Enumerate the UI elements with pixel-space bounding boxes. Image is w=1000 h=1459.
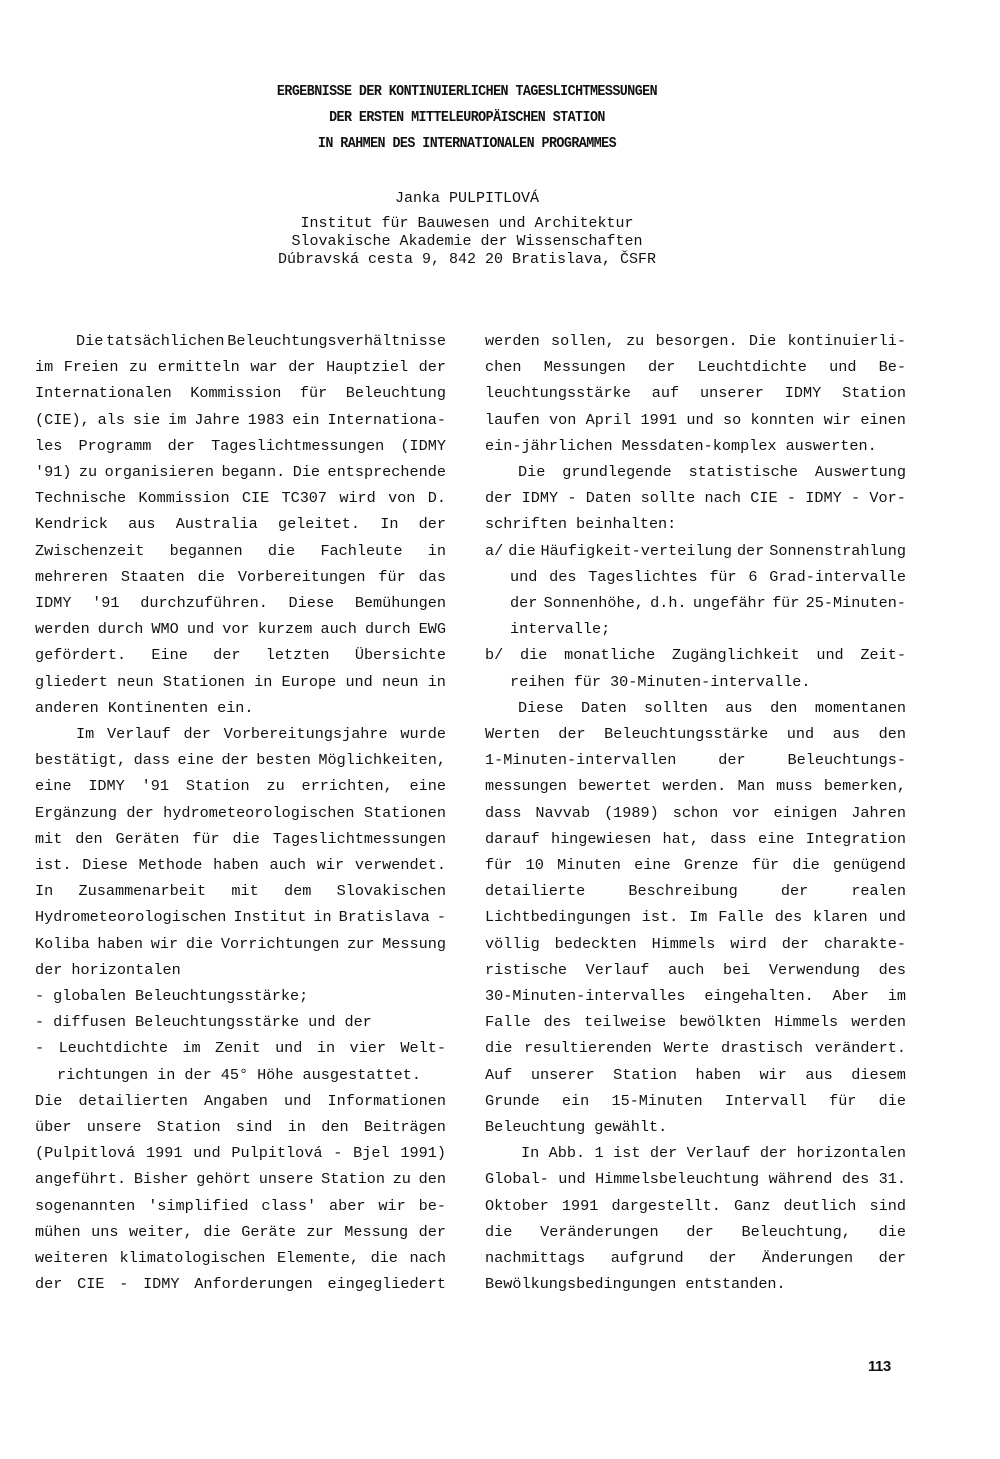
word: der xyxy=(184,1064,211,1086)
text-line: sogenannten'simplifiedclass'aberwirbe- xyxy=(35,1195,446,1217)
word: TC307 xyxy=(281,487,327,509)
word: der xyxy=(737,540,764,562)
word: wird xyxy=(730,933,766,955)
word: 31. xyxy=(879,1168,906,1190)
word: vor xyxy=(732,802,759,824)
word: Angaben xyxy=(204,1090,268,1112)
text-line: für10MinuteneineGrenzefürdiegenügend xyxy=(485,854,906,876)
word: realen xyxy=(851,880,906,902)
word: unserer xyxy=(700,382,764,404)
word: in xyxy=(157,1064,175,1086)
text-line: ein-jährlichenMessdaten-komplexauswerten… xyxy=(485,435,906,457)
word: Station xyxy=(157,1116,221,1138)
word: class' xyxy=(261,1195,316,1217)
word: Vorrichtungen xyxy=(221,933,339,955)
word: diesem xyxy=(851,1064,906,1086)
word: charakte- xyxy=(824,933,906,955)
text-line: AufunsererStationhabenwirausdiesem xyxy=(485,1064,906,1086)
text-line: gefördert.EinederletztenÜbersichte xyxy=(35,644,446,666)
word: Häufigkeit-verteilung xyxy=(541,540,732,562)
word: verändert. xyxy=(815,1037,906,1059)
word: für xyxy=(192,828,219,850)
text-line: lesProgrammderTageslichtmessungen(IDMY xyxy=(35,435,446,457)
text-line: DiegrundlegendestatistischeAuswertung xyxy=(518,461,906,483)
word: Die xyxy=(749,330,776,352)
text-line: -globalenBeleuchtungsstärke; xyxy=(35,985,446,1007)
word: Zusammenarbeit xyxy=(79,880,207,902)
word: Messungen xyxy=(544,356,626,378)
word: wir xyxy=(151,933,178,955)
word: Verwendung xyxy=(769,959,860,981)
text-line: -diffusenBeleuchtungsstärkeundder xyxy=(35,1011,446,1033)
text-line: richtungeninder45°Höheausgestattet. xyxy=(57,1064,446,1086)
word: für xyxy=(485,854,512,876)
word: angeführt. xyxy=(35,1168,126,1190)
word: IDMY xyxy=(805,487,841,509)
text-line: nachmittagsaufgrundderÄnderungender xyxy=(485,1247,906,1269)
word: les xyxy=(35,435,62,457)
word: für xyxy=(709,566,736,588)
word: Änderungen xyxy=(762,1247,853,1269)
text-line: DiedetailiertenAngabenundInformationen xyxy=(35,1090,446,1112)
text-line: derIDMY-DatensolltenachCIE-IDMY-Vor- xyxy=(485,487,906,509)
word: Kommission xyxy=(190,382,281,404)
word: CIE xyxy=(77,1273,104,1295)
word: intervalle; xyxy=(510,618,610,640)
word: Stationen xyxy=(364,802,446,824)
word: Institut xyxy=(233,906,306,928)
word: den xyxy=(419,1168,446,1190)
word: ist. xyxy=(35,854,71,876)
word: statistische xyxy=(689,461,798,483)
word: ein xyxy=(562,1090,589,1112)
word: und xyxy=(686,409,713,431)
word: für xyxy=(772,592,799,614)
text-line: DietatsächlichenBeleuchtungsverhältnisse xyxy=(76,330,446,352)
word: gliedert xyxy=(35,671,108,693)
text-line: weiterenklimatologischenElemente,dienach xyxy=(35,1247,446,1269)
text-line: HydrometeorologischenInstitutinBratislav… xyxy=(35,906,446,928)
word: den xyxy=(75,828,102,850)
word: - xyxy=(787,487,796,509)
word: haben xyxy=(695,1064,741,1086)
word: besten xyxy=(256,749,311,771)
word: Möglichkeiten, xyxy=(318,749,446,771)
word: für xyxy=(300,382,327,404)
word: 25-Minuten- xyxy=(806,592,906,614)
word: des xyxy=(544,1011,571,1033)
word: entsprechende xyxy=(328,461,446,483)
word: 1983 xyxy=(248,409,284,431)
word: der xyxy=(126,802,153,824)
word: Grad-intervalle xyxy=(769,566,906,588)
word: die xyxy=(508,540,535,562)
word: Verlauf xyxy=(107,723,171,745)
text-line: imFreienzuermittelnwarderHauptzielder xyxy=(35,356,446,378)
text-line: derCIE-IDMYAnforderungeneingegliedert xyxy=(35,1273,446,1295)
word: der xyxy=(35,1273,62,1295)
text-line: DieseDatensolltenausdenmomentanen xyxy=(518,697,906,719)
word: dass xyxy=(485,802,521,824)
word: aus xyxy=(725,697,752,719)
word: sollen, xyxy=(551,330,615,352)
word: geleitet. xyxy=(278,513,360,535)
word: Bratislava xyxy=(339,906,430,928)
word: eingegliedert xyxy=(328,1273,446,1295)
word: in xyxy=(317,1037,335,1059)
word: monatliche xyxy=(564,644,655,666)
word: Vor- xyxy=(869,487,905,509)
word: unsere xyxy=(259,1168,314,1190)
word: Verlauf xyxy=(586,959,650,981)
word: be- xyxy=(419,1195,446,1217)
word: war xyxy=(250,356,277,378)
word: mit xyxy=(231,880,258,902)
word: (Pulpitlová xyxy=(35,1142,135,1164)
word: zu xyxy=(626,330,644,352)
word: Diese xyxy=(82,854,128,876)
word: ermitteln xyxy=(158,356,240,378)
word: eine xyxy=(178,749,214,771)
word: für xyxy=(378,566,405,588)
word: mehreren xyxy=(35,566,108,588)
word: Auswertung xyxy=(815,461,906,483)
word: ristische xyxy=(485,959,567,981)
word: hingewiesen xyxy=(551,828,651,850)
word: 6 xyxy=(748,566,757,588)
word: messungen xyxy=(485,775,567,797)
word: grundlegende xyxy=(562,461,671,483)
word: und xyxy=(829,356,856,378)
text-line: WertenderBeleuchtungsstärkeundausden xyxy=(485,723,906,745)
word: für xyxy=(829,1090,856,1112)
text-line: TechnischeKommissionCIETC307wirdvonD. xyxy=(35,487,446,509)
word: zur xyxy=(347,933,374,955)
word: bewertet xyxy=(578,775,651,797)
word: werden xyxy=(35,618,90,640)
word: Messdaten-komplex xyxy=(622,435,777,457)
word: der xyxy=(686,1221,713,1243)
word: Hauptziel xyxy=(326,356,408,378)
word: Jahre xyxy=(194,409,240,431)
word: bedeckten xyxy=(555,933,637,955)
text-line: anderenKontinentenein. xyxy=(35,697,446,719)
text-line: messungenbewertetwerden.Manmussbemerken, xyxy=(485,775,906,797)
affiliation-line-1: Institut für Bauwesen und Architektur xyxy=(0,215,934,232)
word: und xyxy=(187,618,214,640)
word: aber xyxy=(329,1195,365,1217)
word: ein xyxy=(292,409,319,431)
word: Beleuchtungsstärke; xyxy=(135,985,308,1007)
word: durch xyxy=(365,618,411,640)
word: Station xyxy=(186,775,250,797)
word: Zenit xyxy=(215,1037,261,1059)
word: Im xyxy=(689,906,707,928)
word: gefördert. xyxy=(35,644,126,666)
word: Man xyxy=(738,775,765,797)
word: horizontalen xyxy=(797,1142,906,1164)
word: der xyxy=(35,959,62,981)
word: WMO xyxy=(151,618,178,640)
word: Werten xyxy=(485,723,540,745)
word: Station xyxy=(842,382,906,404)
word: Die xyxy=(76,330,103,352)
word: Grenze xyxy=(684,854,739,876)
word: auch xyxy=(320,618,356,640)
word: Im xyxy=(76,723,94,745)
word: wurde xyxy=(400,723,446,745)
word: des xyxy=(549,566,576,588)
word: Auf xyxy=(485,1064,512,1086)
word: durchzuführen. xyxy=(140,592,268,614)
word: die xyxy=(879,1090,906,1112)
word: darauf xyxy=(485,828,540,850)
text-line: (CIE),alssieimJahre1983einInternationa- xyxy=(35,409,446,431)
word: CIE xyxy=(750,487,777,509)
word: den xyxy=(770,697,797,719)
word: Oktober xyxy=(485,1195,549,1217)
paper-title-line-2: DER ERSTEN MITTELEUROPÄISCHEN STATION xyxy=(37,110,896,126)
word: ist xyxy=(613,1142,640,1164)
word: die xyxy=(371,1247,398,1269)
text-line: daraufhingewiesenhat,dasseineIntegration xyxy=(485,828,906,850)
word: werden xyxy=(485,330,540,352)
word: Bjel xyxy=(353,1142,389,1164)
word: der xyxy=(558,723,585,745)
word: Veränderungen xyxy=(540,1221,658,1243)
word: '91) xyxy=(35,461,71,483)
word: Beleuchtungsverhältnisse xyxy=(227,330,446,352)
word: '91 xyxy=(142,775,169,797)
text-line: KendrickausAustraliageleitet.Inder xyxy=(35,513,446,535)
word: Falle xyxy=(718,906,764,928)
word: der xyxy=(485,487,512,509)
text-line: reihenfür30-Minuten-intervalle. xyxy=(510,671,906,693)
text-line: ist.DieseMethodehabenauchwirverwendet. xyxy=(35,854,446,876)
word: und xyxy=(816,644,843,666)
text-line: detailierteBeschreibungderrealen xyxy=(485,880,906,902)
word: völlig xyxy=(485,933,540,955)
word: eine xyxy=(634,854,670,876)
word: b/ xyxy=(485,644,503,666)
word: globalen xyxy=(53,985,126,1007)
word: wir xyxy=(317,854,344,876)
word: der xyxy=(718,749,745,771)
word: Stationen xyxy=(163,671,245,693)
word: dem xyxy=(284,880,311,902)
word: 10 xyxy=(526,854,544,876)
text-line: 30-Minuten-intervalleseingehalten.Aberim xyxy=(485,985,906,1007)
word: des xyxy=(842,1168,869,1190)
text-line: unddesTageslichtesfür6Grad-intervalle xyxy=(510,566,906,588)
text-line: Beleuchtunggewählt. xyxy=(485,1116,906,1138)
text-line: Grundeein15-MinutenIntervallfürdie xyxy=(485,1090,906,1112)
word: Be- xyxy=(879,356,906,378)
word: April xyxy=(586,409,632,431)
word: Bewölkungsbedingungen xyxy=(485,1273,676,1295)
word: in xyxy=(254,671,272,693)
word: im xyxy=(888,985,906,1007)
word: werden. xyxy=(662,775,726,797)
word: Falle xyxy=(485,1011,531,1033)
text-line: überunsereStationsindindenBeiträgen xyxy=(35,1116,446,1138)
word: der xyxy=(419,1221,446,1243)
word: haben xyxy=(213,854,259,876)
word: In xyxy=(35,880,53,902)
word: Abb. xyxy=(549,1142,585,1164)
text-line: KolibahabenwirdieVorrichtungenzurMessung xyxy=(35,933,446,955)
word: und xyxy=(787,723,814,745)
text-line: ErgänzungderhydrometeorologischenStation… xyxy=(35,802,446,824)
text-line: Bewölkungsbedingungenentstanden. xyxy=(485,1273,906,1295)
text-line: b/diemonatlicheZugänglichkeitundZeit- xyxy=(485,644,906,666)
word: schon xyxy=(673,802,719,824)
word: Station xyxy=(321,1168,385,1190)
word: den xyxy=(879,723,906,745)
word: errichten, xyxy=(302,775,393,797)
word: hydrometeorologischen xyxy=(163,802,354,824)
word: schriften xyxy=(485,513,567,535)
word: In xyxy=(521,1142,539,1164)
word: werden xyxy=(851,1011,906,1033)
word: der xyxy=(419,513,446,535)
word: in xyxy=(288,1116,306,1138)
word: - xyxy=(35,1037,44,1059)
word: Beleuchtungsstärke xyxy=(604,723,768,745)
word: sind xyxy=(236,1116,272,1138)
word: so xyxy=(723,409,741,431)
word: Leuchtdichte xyxy=(698,356,807,378)
word: auf xyxy=(652,382,679,404)
word: Slovakischen xyxy=(337,880,446,902)
word: Geräten xyxy=(116,828,180,850)
word: (CIE), xyxy=(35,409,90,431)
word: Anforderungen xyxy=(194,1273,312,1295)
word: detailierten xyxy=(79,1090,188,1112)
word: und xyxy=(879,906,906,928)
word: genügend xyxy=(833,854,906,876)
word: konnten xyxy=(751,409,815,431)
word: 45° xyxy=(221,1064,248,1086)
word: zur xyxy=(306,1221,333,1243)
word: nach xyxy=(705,487,741,509)
text-line: IDMY'91durchzuführen.DieseBemühungen xyxy=(35,592,446,614)
word: 1991 xyxy=(641,409,677,431)
word: der xyxy=(709,1247,736,1269)
word: Zeit- xyxy=(860,644,906,666)
word: nachmittags xyxy=(485,1247,585,1269)
word: Tageslichtes xyxy=(588,566,697,588)
text-line: FalledesteilweisebewölktenHimmelswerden xyxy=(485,1011,906,1033)
word: beinhalten: xyxy=(576,513,676,535)
word: Diese xyxy=(289,592,335,614)
word: Werte xyxy=(664,1037,710,1059)
word: klaren xyxy=(813,906,868,928)
word: eingehalten. xyxy=(704,985,813,1007)
word: a/ xyxy=(485,540,503,562)
word: Zugänglichkeit xyxy=(672,644,800,666)
text-line: dieresultierendenWertedrastischverändert… xyxy=(485,1037,906,1059)
word: Verlauf xyxy=(687,1142,751,1164)
word: einigen xyxy=(774,802,838,824)
word: bewölkten xyxy=(679,1011,761,1033)
word: für xyxy=(574,671,601,693)
text-line: Global-undHimmelsbeleuchtungwährenddes31… xyxy=(485,1168,906,1190)
word: (1989) xyxy=(604,802,659,824)
word: Intervall xyxy=(725,1090,807,1112)
word: Fachleute xyxy=(320,540,402,562)
word: muss xyxy=(776,775,812,797)
word: bemerken, xyxy=(824,775,906,797)
word: Sonnenhöhe, xyxy=(544,592,644,614)
text-line: (Pulpitlová1991undPulpitlová-Bjel1991) xyxy=(35,1142,446,1164)
word: Beleuchtung xyxy=(485,1116,585,1138)
word: hat, xyxy=(662,828,698,850)
word: richtungen xyxy=(57,1064,148,1086)
word: Himmelsbeleuchtung xyxy=(595,1168,759,1190)
word: auswerten. xyxy=(786,435,877,457)
word: Technische xyxy=(35,487,126,509)
word: ungefähr xyxy=(693,592,766,614)
word: 30-Minuten-intervalle. xyxy=(610,671,811,693)
word: Grunde xyxy=(485,1090,540,1112)
word: Beiträgen xyxy=(364,1116,446,1138)
text-line: Oktober1991dargestellt.Ganzdeutlichsind xyxy=(485,1195,906,1217)
word: Übersichte xyxy=(355,644,446,666)
word: - xyxy=(35,1011,44,1033)
word: eine xyxy=(35,775,71,797)
text-line: dassNavvab(1989)schonvoreinigenJahren xyxy=(485,802,906,824)
paper-title-line-3: IN RAHMEN DES INTERNATIONALEN PROGRAMMES xyxy=(37,136,896,152)
word: die xyxy=(198,566,225,588)
word: der xyxy=(221,749,248,771)
word: entstanden. xyxy=(685,1273,785,1295)
text-line: 1-Minuten-intervallenderBeleuchtungs- xyxy=(485,749,906,771)
word: Kontinenten xyxy=(108,697,208,719)
paper-title-line-1: ERGEBNISSE DER KONTINUIERLICHEN TAGESLIC… xyxy=(37,84,896,100)
word: Die xyxy=(518,461,545,483)
word: das xyxy=(419,566,446,588)
text-line: a/dieHäufigkeit-verteilungderSonnenstrah… xyxy=(485,540,906,562)
word: detailierte xyxy=(485,880,585,902)
word: Vorbereitungen xyxy=(238,566,366,588)
word: Bemühungen xyxy=(355,592,446,614)
word: Sonnenstrahlung xyxy=(769,540,906,562)
word: Die xyxy=(35,1090,62,1112)
word: Staaten xyxy=(121,566,185,588)
word: - xyxy=(35,985,44,1007)
text-line: -LeuchtdichteimZenitundinvierWelt- xyxy=(35,1037,446,1059)
word: drastisch xyxy=(721,1037,803,1059)
word: durch xyxy=(98,618,144,640)
word: von xyxy=(549,409,576,431)
word: - xyxy=(851,487,860,509)
word: zu xyxy=(266,775,284,797)
text-line: völligbedecktenHimmelswirddercharakte- xyxy=(485,933,906,955)
word: neun xyxy=(382,671,418,693)
word: über xyxy=(35,1116,71,1138)
text-line: werdendurchWMOundvorkurzemauchdurchEWG xyxy=(35,618,446,640)
word: ist. xyxy=(642,906,678,928)
word: der xyxy=(184,723,211,745)
text-line: chenMessungenderLeuchtdichteundBe- xyxy=(485,356,906,378)
word: Hydrometeorologischen xyxy=(35,906,226,928)
text-line: InternationalenKommissionfürBeleuchtung xyxy=(35,382,446,404)
word: mühen xyxy=(35,1221,81,1243)
word: gehört xyxy=(196,1168,251,1190)
word: Integration xyxy=(806,828,906,850)
word: begann. xyxy=(221,461,285,483)
